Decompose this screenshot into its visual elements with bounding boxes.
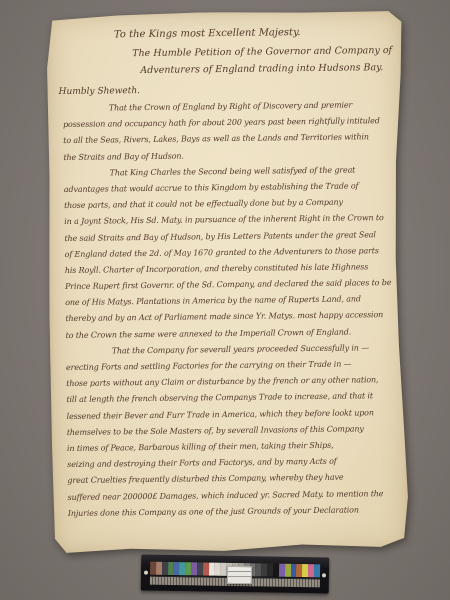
manuscript-body: That the Crown of England by Right of Di… — [63, 97, 404, 522]
document-subtitle-line2: Adventurers of England trading into Huds… — [140, 62, 383, 76]
mounting-hole-left-icon — [144, 571, 148, 575]
color-calibration-bar — [141, 555, 330, 594]
mounting-hole-right-icon — [322, 573, 326, 577]
manuscript-page: To the Kings most Excellent Majesty. The… — [46, 10, 410, 555]
color-patch — [314, 564, 320, 577]
calibration-label-tag — [227, 566, 252, 584]
document-title: To the Kings most Excellent Majesty. — [114, 27, 301, 40]
salutation: Humbly Sheweth. — [59, 86, 140, 97]
photo-background: To the Kings most Excellent Majesty. The… — [0, 0, 450, 600]
manuscript-photo: To the Kings most Excellent Majesty. The… — [0, 0, 450, 600]
document-subtitle-line1: The Humble Petition of the Governor and … — [132, 45, 392, 59]
manuscript-line: Injuries done this Company as one of the… — [68, 502, 404, 522]
